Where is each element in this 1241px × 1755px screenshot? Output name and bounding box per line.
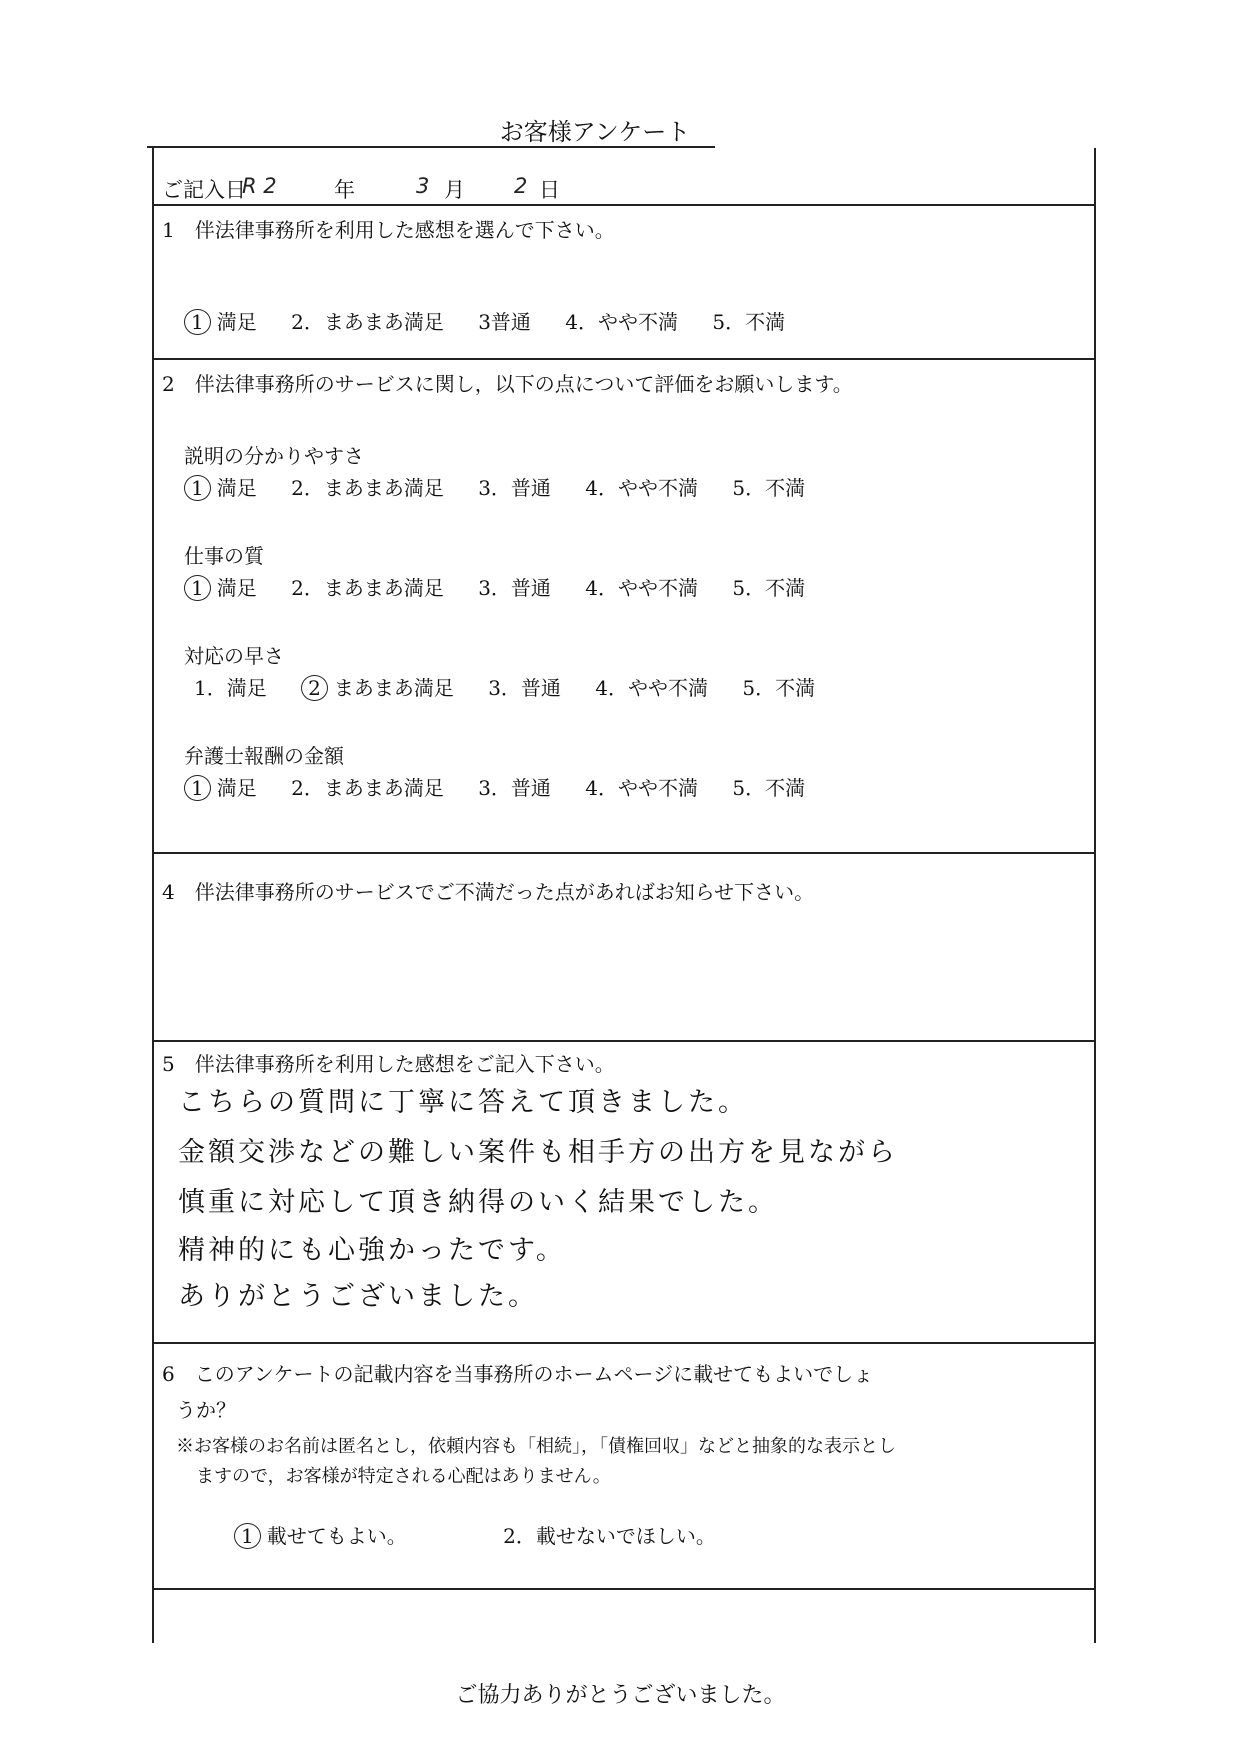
q6-options: 1載せてもよい。 2．載せないでほしい。 (234, 1520, 744, 1549)
q5-answer-line: こちらの質問に丁寧に答えて頂きました。 (178, 1080, 748, 1119)
selected-circle-icon: 1 (234, 1523, 261, 1549)
survey-form: ご記入日 R 2 年 3 月 2 日 1 伴法律事務所を利用した感想を選んで下さ… (152, 148, 1096, 1643)
q6-option-2[interactable]: 2．載せないでほしい。 (503, 1520, 716, 1549)
month-label: 月 (444, 174, 465, 204)
option[interactable]: 4．やや不満 (595, 672, 708, 701)
q1-option-4[interactable]: 4．やや不満 (565, 306, 678, 335)
q6-note-cont: ますので，お客様が特定される心配はありません。 (196, 1462, 611, 1488)
q1-text: 1 伴法律事務所を利用した感想を選んで下さい。 (162, 214, 615, 243)
option[interactable]: 1．満足 (194, 672, 267, 701)
option[interactable]: 3．普通 (488, 672, 561, 701)
q6-option-1[interactable]: 1載せてもよい。 (234, 1520, 407, 1549)
option[interactable]: 2．まあまあ満足 (291, 772, 444, 801)
q2-item-label: 仕事の質 (184, 540, 264, 569)
option[interactable]: 5．不満 (732, 772, 805, 801)
q4-text: 4 伴法律事務所のサービスでご不満だった点があればお知らせ下さい。 (162, 876, 814, 905)
option-selected[interactable]: 1満足 (184, 772, 257, 801)
date-month[interactable]: 3 (416, 174, 429, 198)
day-label: 日 (539, 174, 560, 204)
selected-circle-icon: 2 (301, 675, 328, 701)
option-selected[interactable]: 2まあまあ満足 (301, 672, 454, 701)
option[interactable]: 3．普通 (478, 772, 551, 801)
q2-item-options: 1満足 2．まあまあ満足 3．普通 4．やや不満 5．不満 (184, 772, 833, 801)
q2-item-options: 1満足 2．まあまあ満足 3．普通 4．やや不満 5．不満 (184, 572, 833, 601)
option[interactable]: 5．不満 (742, 672, 815, 701)
q2-section: 2 伴法律事務所のサービスに関し，以下の点について評価をお願いします。 説明の分… (154, 360, 1094, 854)
option-selected[interactable]: 1満足 (184, 572, 257, 601)
option[interactable]: 3．普通 (478, 572, 551, 601)
q2-item-options: 1．満足 2まあまあ満足 3．普通 4．やや不満 5．不満 (194, 672, 843, 701)
date-era[interactable]: R 2 (242, 174, 277, 198)
q1-option-3[interactable]: 3普通 (478, 306, 531, 335)
q5-answer-line: ありがとうございました。 (178, 1274, 538, 1313)
selected-circle-icon: 1 (184, 475, 211, 501)
option[interactable]: 5．不満 (732, 572, 805, 601)
date-row: ご記入日 R 2 年 3 月 2 日 (154, 172, 1094, 206)
option[interactable]: 3．普通 (478, 472, 551, 501)
year-label: 年 (334, 174, 355, 204)
q6-section: 6 このアンケートの記載内容を当事務所のホームページに載せてもよいでしょ うか？… (154, 1344, 1094, 1590)
q5-section: 5 伴法律事務所を利用した感想をご記入下さい。 こちらの質問に丁寧に答えて頂きま… (154, 1042, 1094, 1344)
closing-message: ご協力ありがとうございました。 (0, 1678, 1241, 1709)
q2-item-label: 対応の早さ (184, 640, 284, 669)
selected-circle-icon: 1 (184, 309, 211, 335)
option-selected[interactable]: 1満足 (184, 472, 257, 501)
selected-circle-icon: 1 (184, 575, 211, 601)
q2-item-label: 説明の分かりやすさ (184, 440, 364, 469)
q6-text-cont: うか？ (176, 1394, 236, 1423)
q1-option-2[interactable]: 2．まあまあ満足 (291, 306, 444, 335)
date-label: ご記入日 (162, 174, 246, 204)
page-title: お客様アンケート (0, 112, 1190, 147)
q2-item-options: 1満足 2．まあまあ満足 3．普通 4．やや不満 5．不満 (184, 472, 833, 501)
option[interactable]: 4．やや不満 (585, 472, 698, 501)
q5-answer-line: 金額交渉などの難しい案件も相手方の出方を見ながら (178, 1130, 898, 1169)
q2-text: 2 伴法律事務所のサービスに関し，以下の点について評価をお願いします。 (162, 368, 853, 397)
q5-answer-line: 慎重に対応して頂き納得のいく結果でした。 (178, 1180, 778, 1219)
q1-option-5[interactable]: 5．不満 (712, 306, 785, 335)
q4-section: 4 伴法律事務所のサービスでご不満だった点があればお知らせ下さい。 (154, 854, 1094, 1042)
q1-option-1[interactable]: 1満足 (184, 306, 257, 335)
q1-options: 1満足 2．まあまあ満足 3普通 4．やや不満 5．不満 (184, 306, 813, 335)
q5-text: 5 伴法律事務所を利用した感想をご記入下さい。 (162, 1048, 615, 1077)
q6-text: 6 このアンケートの記載内容を当事務所のホームページに載せてもよいでしょ (162, 1358, 873, 1387)
q6-note: ※お客様のお名前は匿名とし，依頼内容も「相続」，「債権回収」などと抽象的な表示と… (176, 1432, 896, 1458)
option[interactable]: 4．やや不満 (585, 772, 698, 801)
q2-item-label: 弁護士報酬の金額 (184, 740, 344, 769)
q1-section: 1 伴法律事務所を利用した感想を選んで下さい。 1満足 2．まあまあ満足 3普通… (154, 206, 1094, 360)
date-day[interactable]: 2 (514, 174, 527, 198)
option[interactable]: 4．やや不満 (585, 572, 698, 601)
q5-answer-line: 精神的にも心強かったです。 (178, 1228, 566, 1267)
selected-circle-icon: 1 (184, 775, 211, 801)
option[interactable]: 2．まあまあ満足 (291, 472, 444, 501)
option[interactable]: 2．まあまあ満足 (291, 572, 444, 601)
option[interactable]: 5．不満 (732, 472, 805, 501)
